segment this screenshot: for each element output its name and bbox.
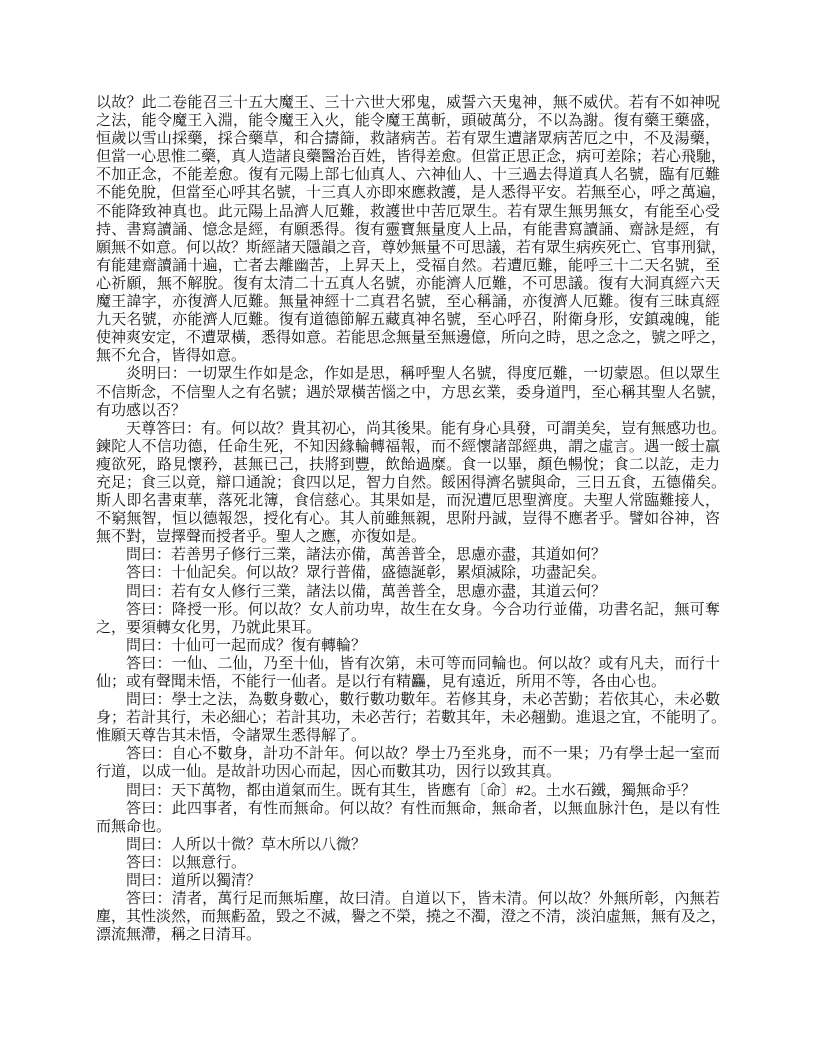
text-line: 魔王諱字，亦復濟人厄難。無量神經十二真君名號，至心稱誦，亦復濟人厄難。復有三昧真… bbox=[96, 293, 720, 311]
text-line: 不窮無智，恒以德報怨，授化有心。其人前雖無親，思附丹誠，豈得不應者乎。譬如谷神，… bbox=[96, 510, 720, 528]
text-line: 炎明曰：一切眾生作如是念，作如是思，稱呼聖人名號，得度厄難，一切蒙恩。但以眾生 bbox=[96, 365, 720, 383]
scripture-text-block: 以故？此二卷能召三十五大魔王、三十六世大邪鬼，威誓六天鬼神，無不威伏。若有不如神… bbox=[96, 94, 720, 944]
text-line: 身；若計其行，未必細心；若計其功，未必苦行；若數其年，未必翹勤。進退之宜，不能明… bbox=[96, 709, 720, 727]
text-line: 無不允合，皆得如意。 bbox=[96, 347, 720, 365]
text-line: 不能降致神真也。此元陽上品濟人厄難，救護世中苦厄眾生。若有眾生無男無女，有能至心… bbox=[96, 203, 720, 221]
text-line: 有能建齋讀誦十遍，亡者去離幽苦，上昇天上，受福自然。若遭厄難，能呼三十二天名號，… bbox=[96, 257, 720, 275]
text-line: 問曰：人所以十微？草木所以八微？ bbox=[96, 836, 720, 854]
text-line: 而無命也。 bbox=[96, 818, 720, 836]
text-line: 答曰：以無意行。 bbox=[96, 854, 720, 872]
text-line: 使神爽安定，不遭眾橫，悉得如意。若能思念無量至無邊億，所向之時，思之念之，號之呼… bbox=[96, 329, 720, 347]
text-line: 之法，能令魔王入淵，能令魔王入火，能令魔王萬斬，頭破萬分，不以為謝。復有藥王藥盛… bbox=[96, 112, 720, 130]
text-line: 塵，其性淡然，而無虧盈，毀之不滅，譽之不榮，撓之不濁，澄之不清，淡泊虛無，無有及… bbox=[96, 908, 720, 926]
text-line: 無不對，豈擇聲而授者乎。聖人之應，亦復如是。 bbox=[96, 528, 720, 546]
text-line: 答曰：此四事者，有性而無命。何以故？有性而無命，無命者，以無血脉汁色，是以有性 bbox=[96, 800, 720, 818]
text-line: 仙；或有聲聞未悟，不能行一仙者。是以行有精麤，見有遠近，所用不等，各由心也。 bbox=[96, 673, 720, 691]
text-line: 答曰：自心不數身，計功不計年。何以故？學士乃至兆身，而不一果；乃有學士起一室而 bbox=[96, 745, 720, 763]
text-line: 不能免脫，但當至心呼其名號，十三真人亦即來應救護，是人悉得平安。若無至心，呼之萬… bbox=[96, 184, 720, 202]
text-line: 充足；食三以竟，辯口通說；食四以足，智力自然。餒困得濟名號與命，三日五食，五德備… bbox=[96, 474, 720, 492]
text-line: 斯人即名書東華，落死北簿，食信慈心。其果如是，而況遭厄思聖濟度。夫聖人常臨難接人… bbox=[96, 492, 720, 510]
text-line: 心祈願，無不解脫。復有太清二十五真人名號，亦能濟人厄難，不可思議。復有大洞真經六… bbox=[96, 275, 720, 293]
text-line: 之，要須轉女化男，乃就此果耳。 bbox=[96, 619, 720, 637]
text-line: 問曰：學士之法，為數身數心，數行數功數年。若修其身，未必苦勤；若依其心，未必數 bbox=[96, 691, 720, 709]
text-line: 問曰：若有女人修行三業，諸法以備，萬善普全，思慮亦盡，其道云何？ bbox=[96, 583, 720, 601]
text-line: 願無不如意。何以故？斯經諸天隱韻之音，尊妙無量不可思議，若有眾生病疾死亡、官事刑… bbox=[96, 239, 720, 257]
text-line: 行道，以成一仙。是故計功因心而起，因心而數其功，因行以致其真。 bbox=[96, 763, 720, 781]
text-line: 答曰：十仙記矣。何以故？眾行普備，盛德誕彰，累煩滅除，功盡記矣。 bbox=[96, 564, 720, 582]
text-line: 九天名號，亦能濟人厄難。復有道德節解五藏真神名號，至心呼召，附衛身形，安鎮魂魄，… bbox=[96, 311, 720, 329]
text-line: 鍊陀人不信功德，任命生死，不知因緣輪轉福報，而不經懷諸部經典，謂之虛言。遇一餒士… bbox=[96, 438, 720, 456]
text-line: 恒歲以雪山採藥，採合藥草，和合擣篩，救諸病苦。若有眾生遭諸眾病苦厄之中，不及湯藥… bbox=[96, 130, 720, 148]
text-line: 天尊答曰：有。何以故？貴其初心，尚其後果。能有身心具發，可謂美矣，豈有無感功也。 bbox=[96, 420, 720, 438]
text-line: 持、書寫讀誦、憶念是經，有願悉得。復有靈寶無量度人上品，有能書寫讀誦、齋詠是經，… bbox=[96, 221, 720, 239]
text-line: 問曰：十仙可一起而成？復有轉輪？ bbox=[96, 637, 720, 655]
text-line: 答曰：清者，萬行足而無垢塵，故曰清。自道以下，皆未清。何以故？外無所彰，內無若 bbox=[96, 890, 720, 908]
text-line: 以故？此二卷能召三十五大魔王、三十六世大邪鬼，威誓六天鬼神，無不威伏。若有不如神… bbox=[96, 94, 720, 112]
text-line: 但當一心思惟二藥，真人造諸良藥醫治百姓，皆得差愈。但當正思正念，病可差除；若心飛… bbox=[96, 148, 720, 166]
text-line: 有功感以否？ bbox=[96, 402, 720, 420]
text-line: 瘦欲死，路見懷矜，甚無已己，扶將到豐，飲飴過糜。食一以畢，顏色暢悅；食二以訖，走… bbox=[96, 456, 720, 474]
text-line: 問曰：天下萬物，都由道氣而生。既有其生，皆應有〔命〕#2。土水石鐵，獨無命乎？ bbox=[96, 782, 720, 800]
text-line: 問曰：若善男子修行三業，諸法亦備，萬善普全，思慮亦盡，其道如何？ bbox=[96, 546, 720, 564]
text-line: 惟願天尊告其未悟，令諸眾生悉得解了。 bbox=[96, 727, 720, 745]
document-page: 以故？此二卷能召三十五大魔王、三十六世大邪鬼，威誓六天鬼神，無不威伏。若有不如神… bbox=[0, 0, 816, 1056]
text-line: 不加正念，不能差愈。復有元陽上部七仙真人、六神仙人、十三過去得道真人名號，臨有厄… bbox=[96, 166, 720, 184]
text-line: 答曰：降授一形。何以故？女人前功卑，故生在女身。今合功行並備，功書名記，無可奪 bbox=[96, 601, 720, 619]
text-line: 問曰：道所以獨清？ bbox=[96, 872, 720, 890]
text-line: 漂流無滯，稱之日清耳。 bbox=[96, 926, 720, 944]
text-line: 不信斯念，不信聖人之有名號；遇於眾橫苦惱之中，方思玄業，委身道門，至心稱其聖人名… bbox=[96, 384, 720, 402]
text-line: 答曰：一仙、二仙，乃至十仙，皆有次第，未可等而同輪也。何以故？或有凡夫，而行十 bbox=[96, 655, 720, 673]
